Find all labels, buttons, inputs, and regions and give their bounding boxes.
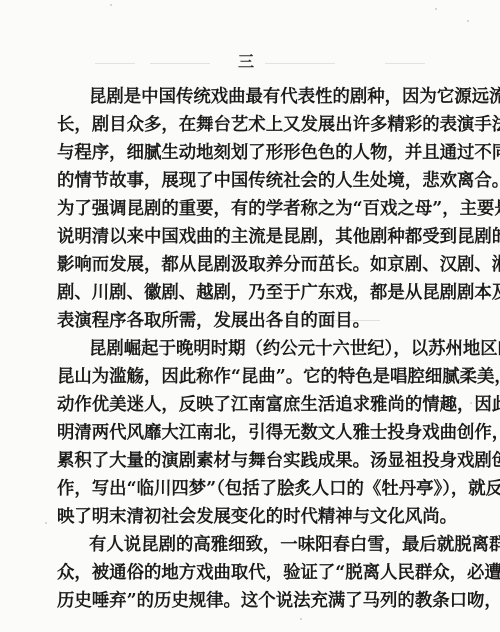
text-line: 与程序，细腻生动地刻划了形形色色的人物，并且通过不同	[57, 139, 441, 167]
text-line: 累积了大量的演剧素材与舞台实践成果。汤显祖投身戏剧创	[57, 447, 441, 475]
text-line: 说明清以来中国戏曲的主流是昆剧，其他剧种都受到昆剧的	[57, 223, 441, 251]
scan-speck	[467, 20, 469, 22]
text-line: 剧、川剧、徽剧、越剧，乃至于广东戏，都是从昆剧剧本及	[57, 279, 441, 307]
text-line: 为了强调昆剧的重要，有的学者称之为“百戏之母”，主要是	[57, 195, 441, 223]
scan-speck	[300, 618, 302, 620]
text-line: 昆山为滥觞，因此称作“昆曲”。它的特色是唱腔细腻柔美，	[57, 363, 441, 391]
scan-speck	[45, 522, 47, 524]
text-line: 明清两代风靡大江南北，引得无数文人雅士投身戏曲创作，	[57, 419, 441, 447]
text-line: 的情节故事，展现了中国传统社会的人生处境，悲欢离合。	[57, 167, 441, 195]
section-heading: 三	[238, 49, 254, 72]
text-line: 映了明末清初社会发展变化的时代精神与文化风尚。	[57, 503, 441, 531]
text-line: 昆剧崛起于晚明时期（约公元十六世纪），以苏州地区的	[57, 335, 441, 363]
text-line: 表演程序各取所需，发展出各自的面目。	[57, 307, 441, 335]
scan-speck	[435, 8, 437, 10]
text-line: 历史唾弃”的历史规律。这个说法充满了马列的教条口吻，	[57, 587, 441, 615]
paragraph-1: 昆剧是中国传统戏曲最有代表性的剧种，因为它源远流 长，剧目众多，在舞台艺术上又发…	[57, 83, 441, 335]
text-line: 昆剧是中国传统戏曲最有代表性的剧种，因为它源远流	[57, 83, 441, 111]
scan-speck	[110, 4, 112, 6]
text-line: 有人说昆剧的高雅细致，一味阳春白雪，最后就脱离群	[57, 531, 441, 559]
text-line: 长，剧目众多，在舞台艺术上又发展出许多精彩的表演手法	[57, 111, 441, 139]
scanned-book-page: 三 昆剧是中国传统戏曲最有代表性的剧种，因为它源远流 长，剧目众多，在舞台艺术上…	[0, 0, 500, 632]
scan-speck	[385, 63, 425, 64]
paragraph-2: 昆剧崛起于晚明时期（约公元十六世纪），以苏州地区的 昆山为滥觞，因此称作“昆曲”…	[57, 335, 441, 531]
scan-speck	[95, 63, 135, 64]
body-text: 昆剧是中国传统戏曲最有代表性的剧种，因为它源远流 长，剧目众多，在舞台艺术上又发…	[57, 83, 441, 615]
scan-speck	[150, 63, 210, 64]
text-line: 动作优美迷人，反映了江南富庶生活追求雅尚的情趣，因此，	[57, 391, 441, 419]
text-line: 影响而发展，都从昆剧汲取养分而茁长。如京剧、汉剧、湘	[57, 251, 441, 279]
scan-speck	[265, 63, 335, 64]
paragraph-3: 有人说昆剧的高雅细致，一味阳春白雪，最后就脱离群 众，被通俗的地方戏曲取代，验证…	[57, 531, 441, 615]
text-line: 作，写出“临川四梦”（包括了脍炙人口的《牡丹亭》），就反	[57, 475, 441, 503]
text-line: 众，被通俗的地方戏曲取代，验证了“脱离人民群众，必遭	[57, 559, 441, 587]
